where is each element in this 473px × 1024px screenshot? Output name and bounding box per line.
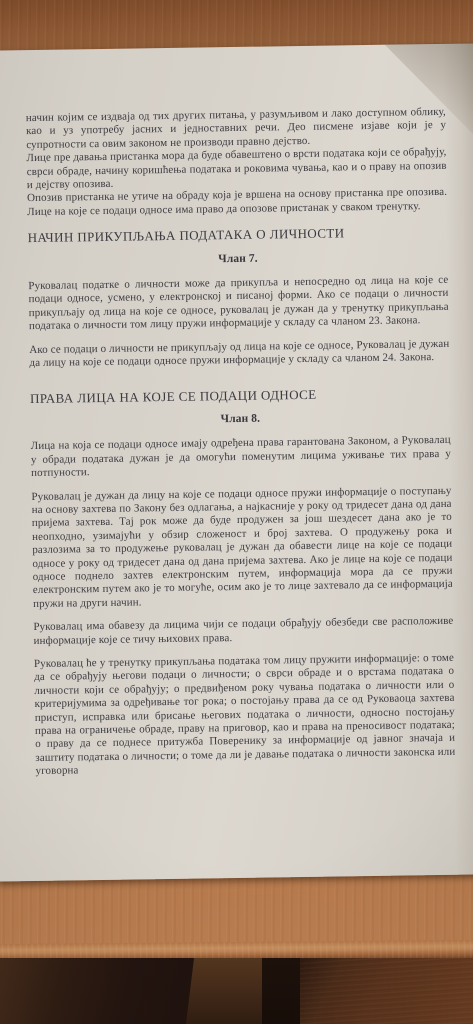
paragraph: Опозив пристанка не утиче на обраду која… (27, 186, 447, 219)
article-number: Члан 8. (30, 410, 450, 430)
under-desk-left-shadow (0, 958, 215, 1024)
article-number: Члан 7. (28, 249, 448, 269)
photo-scene: начин којим се издваја од тих других пит… (0, 0, 473, 1024)
table-leg (186, 958, 272, 1024)
section-clan-8: ПРАВА ЛИЦА НА КОЈЕ СЕ ПОДАЦИ ОДНОСЕ Члан… (30, 385, 456, 778)
section-heading: НАЧИН ПРИКУПЉАЊА ПОДАТАКА О ЛИЧНОСТИ (28, 225, 448, 245)
paragraph: начин којим се издваја од тих других пит… (26, 106, 447, 152)
paragraph: Руковалац податке о личности може да при… (28, 274, 449, 334)
section-heading: ПРАВА ЛИЦА НА КОЈЕ СЕ ПОДАЦИ ОДНОСЕ (30, 385, 450, 405)
paragraph: Руковалац има обавезу да лицима чији се … (33, 615, 453, 648)
section-clan-7: НАЧИН ПРИКУПЉАЊА ПОДАТАКА О ЛИЧНОСТИ Чла… (28, 225, 450, 370)
floor-texture (300, 958, 473, 1024)
document-text: начин којим се издваја од тих других пит… (26, 106, 456, 789)
paragraph: Ако се подаци о личности не прикупљају о… (29, 338, 449, 371)
paragraph: Руковалац је дужан да лицу на које се по… (31, 484, 453, 611)
document-page: начин којим се издваја од тих других пит… (0, 43, 473, 881)
paragraph: Лице пре давања пристанка мора да буде о… (26, 146, 447, 192)
floor-under-desk (300, 958, 473, 1024)
intro-continuation-block: начин којим се издваја од тих других пит… (26, 106, 448, 219)
under-desk-shadow-area (0, 958, 473, 1024)
paragraph: Лица на која се подаци односе имају одре… (31, 434, 452, 480)
paragraph: Руковалац ће у тренутку прикупљања подат… (34, 652, 456, 779)
